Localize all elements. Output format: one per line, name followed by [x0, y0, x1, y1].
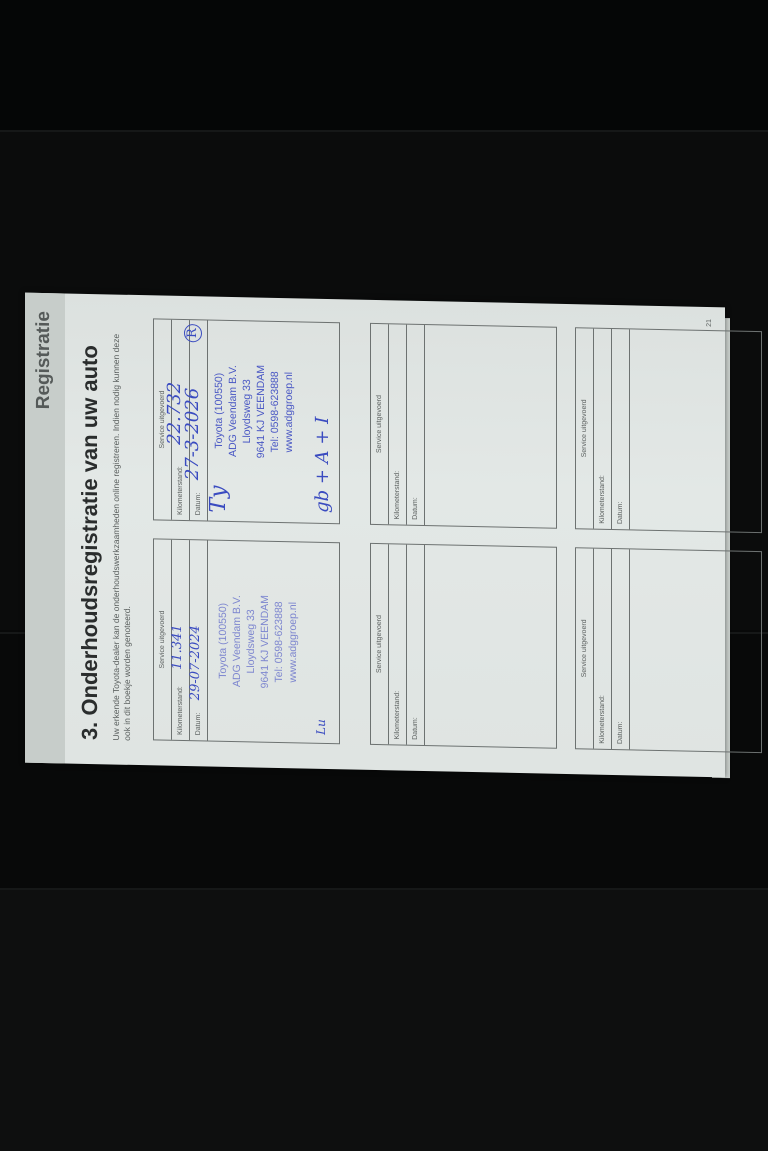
km-label: Kilometerstand:	[177, 686, 184, 735]
date-handwritten: 27-3-2026	[184, 388, 201, 481]
service-box-6: Service uitgevoerd Kilometerstand: Datum…	[575, 327, 762, 533]
service-box-2: Service uitgevoerd Kilometerstand: 22.73…	[153, 318, 340, 524]
box-header: Service uitgevoerd	[576, 548, 594, 748]
service-box-5: Service uitgevoerd Kilometerstand: Datum…	[575, 547, 762, 753]
km-row: Kilometerstand:	[389, 544, 407, 744]
box-header: Service uitgevoerd	[576, 328, 594, 528]
section-label: Registratie	[33, 311, 55, 410]
km-row: Kilometerstand:	[594, 329, 612, 529]
date-handwritten: 29-07-2024	[187, 625, 204, 700]
page-number: 21	[706, 319, 713, 327]
date-row: Datum:	[407, 325, 425, 525]
box-header: Service uitgevoerd	[371, 544, 389, 744]
page-title: 3. Onderhoudsregistratie van uw auto	[77, 345, 103, 740]
km-handwritten: 11.341	[169, 624, 186, 670]
dealer-stamp: Toyota (100550) ADG Veendam B.V. Lloydsw…	[216, 561, 300, 723]
car-seat-backrest-top	[0, 0, 768, 130]
km-row: Kilometerstand:	[594, 549, 612, 749]
date-row: Datum:	[612, 549, 630, 749]
date-row: Datum: 29-07-2024	[190, 540, 208, 740]
dealer-stamp: Toyota (100550) ADG Veendam B.V. Lloydsw…	[212, 331, 296, 493]
box-header: Service uitgevoerd	[371, 324, 389, 524]
date-label: Datum:	[195, 493, 202, 516]
km-handwritten: 22.732	[166, 382, 183, 445]
km-row: Kilometerstand:	[389, 324, 407, 524]
seat-seam	[0, 130, 768, 132]
service-box-3: Service uitgevoerd Kilometerstand: Datum…	[370, 543, 557, 749]
seat-seam	[0, 888, 768, 890]
circled-mark: R	[184, 324, 202, 342]
handwritten-note: gb + A + I	[312, 416, 333, 513]
service-booklet: Registratie 3. Onderhoudsregistratie van…	[25, 285, 725, 787]
initials-handwritten: Lu	[314, 719, 328, 735]
intro-text: Uw erkende Toyota-dealer kan de onderhou…	[111, 330, 133, 740]
service-box-1: Service uitgevoerd Kilometerstand: 11.34…	[153, 538, 340, 744]
booklet-page: Registratie 3. Onderhoudsregistratie van…	[25, 293, 725, 778]
car-seat-cushion	[0, 890, 768, 1151]
date-row: Datum:	[407, 545, 425, 745]
date-row: Datum:	[612, 329, 630, 529]
date-label: Datum:	[195, 713, 202, 736]
service-box-4: Service uitgevoerd Kilometerstand: Datum…	[370, 323, 557, 529]
